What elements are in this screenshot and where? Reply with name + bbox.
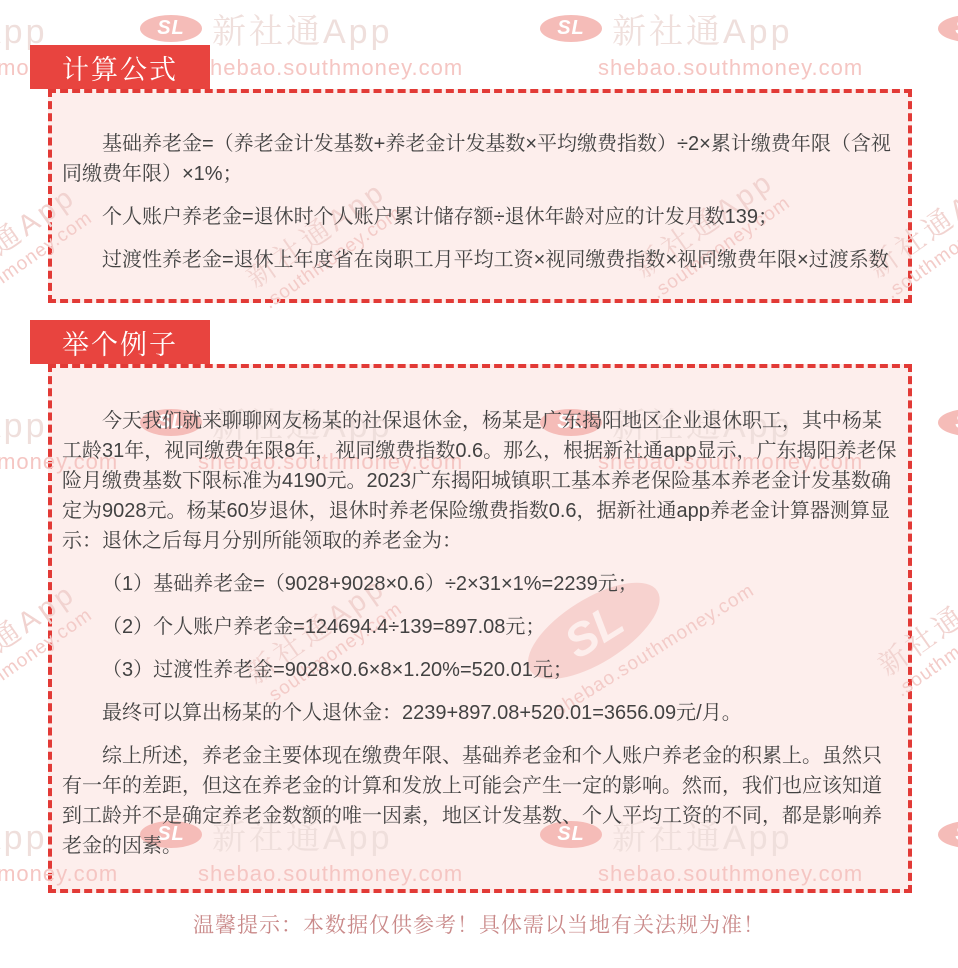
example-summary: 综上所述，养老金主要体现在缴费年限、基础养老金和个人账户养老金的积累上。虽然只有… [62, 741, 898, 861]
example-panel: 今天我们就来聊聊网友杨某的社保退休金，杨某是广东揭阳地区企业退休职工，其中杨某工… [48, 364, 912, 893]
pension-article-page: SL新社通Appshebao.southmoney.comSL新社通Appshe… [0, 0, 958, 968]
brand-logo-icon: SL [540, 15, 602, 42]
brand-logo-icon: SL [938, 15, 958, 42]
example-item-transitional: （3）过渡性养老金=9028×0.6×8×1.20%=520.01元； [62, 655, 898, 685]
example-section-tab: 举个例子 [30, 320, 210, 364]
example-section-title: 举个例子 [62, 323, 178, 362]
formula-panel: 基础养老金=（养老金计发基数+养老金计发基数×平均缴费指数）÷2×累计缴费年限（… [48, 89, 912, 303]
formula-section-tab: 计算公式 [30, 45, 210, 89]
example-section: 举个例子 今天我们就来聊聊网友杨某的社保退休金，杨某是广东揭阳地区企业退休职工，… [0, 320, 958, 893]
formula-basic-pension: 基础养老金=（养老金计发基数+养老金计发基数×平均缴费指数）÷2×累计缴费年限（… [62, 129, 898, 189]
footer-disclaimer: 温馨提示：本数据仅供参考！具体需以当地有关法规为准！ [0, 909, 958, 939]
example-intro: 今天我们就来聊聊网友杨某的社保退休金，杨某是广东揭阳地区企业退休职工，其中杨某工… [62, 406, 898, 556]
formula-section: 计算公式 基础养老金=（养老金计发基数+养老金计发基数×平均缴费指数）÷2×累计… [0, 45, 958, 303]
formula-personal-account-pension: 个人账户养老金=退休时个人账户累计储存额÷退休年龄对应的计发月数139； [62, 202, 898, 232]
example-total-result: 最终可以算出杨某的个人退休金：2239+897.08+520.01=3656.0… [62, 698, 898, 728]
example-item-basic-pension: （1）基础养老金=（9028+9028×0.6）÷2×31×1%=2239元； [62, 569, 898, 599]
example-item-personal-account: （2）个人账户养老金=124694.4÷139=897.08元； [62, 612, 898, 642]
formula-transitional-pension: 过渡性养老金=退休上年度省在岗职工月平均工资×视同缴费指数×视同缴费年限×过渡系… [62, 245, 898, 275]
brand-logo-icon: SL [140, 15, 202, 42]
formula-section-title: 计算公式 [62, 48, 178, 87]
